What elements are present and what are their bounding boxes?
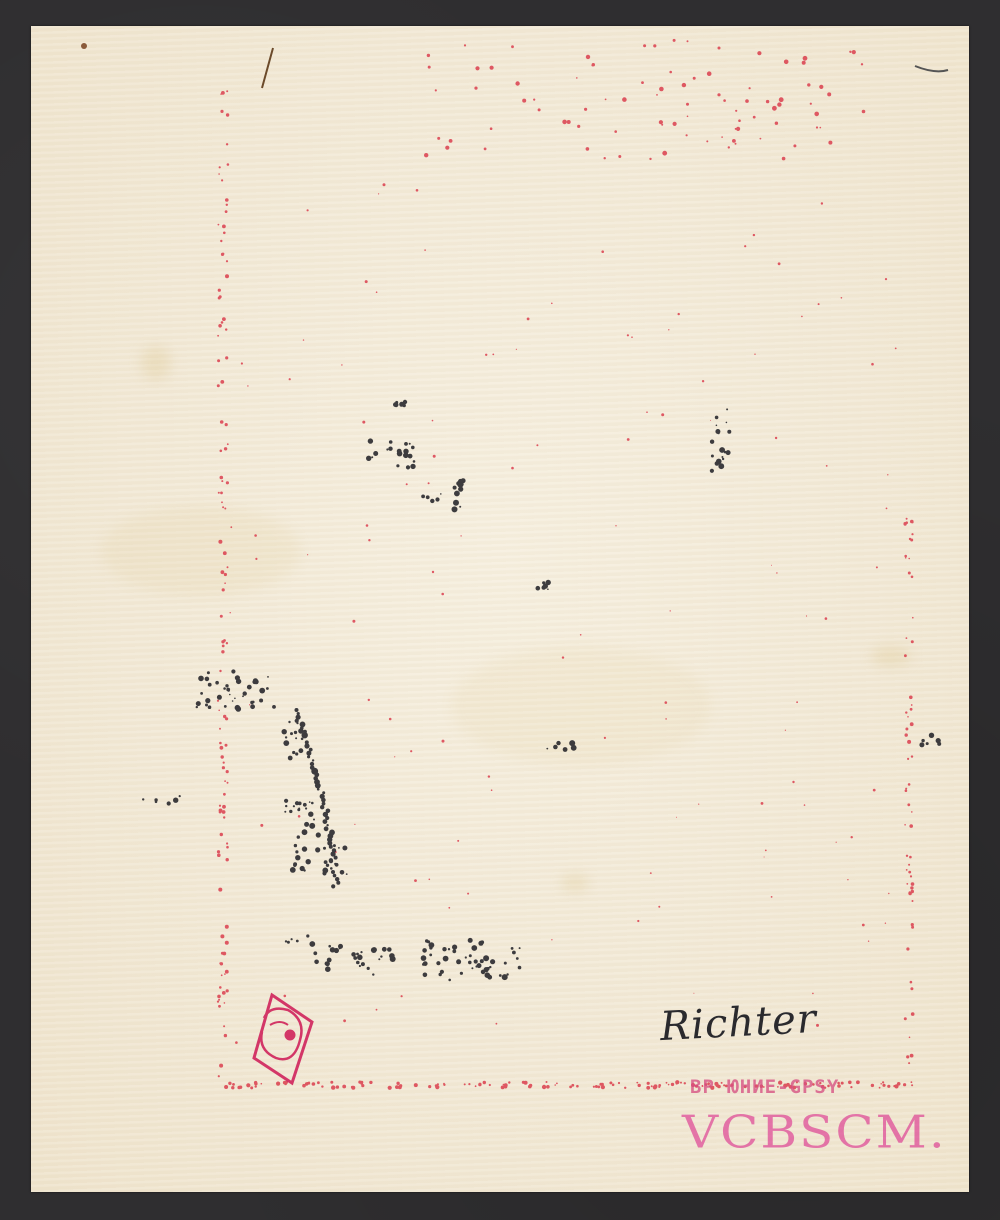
diamond-handstamp-icon [254, 995, 312, 1083]
speck [81, 43, 87, 49]
fibre-mark [262, 48, 273, 88]
expert-signature: Richter [659, 996, 818, 1050]
expert-stamp-line1: BP ЮНИЕ-GPSY [690, 1076, 839, 1098]
expert-stamp-line2: VCBSCM. [682, 1106, 947, 1158]
fibre-mark [915, 66, 948, 71]
show-through-printing [0, 0, 1000, 1220]
